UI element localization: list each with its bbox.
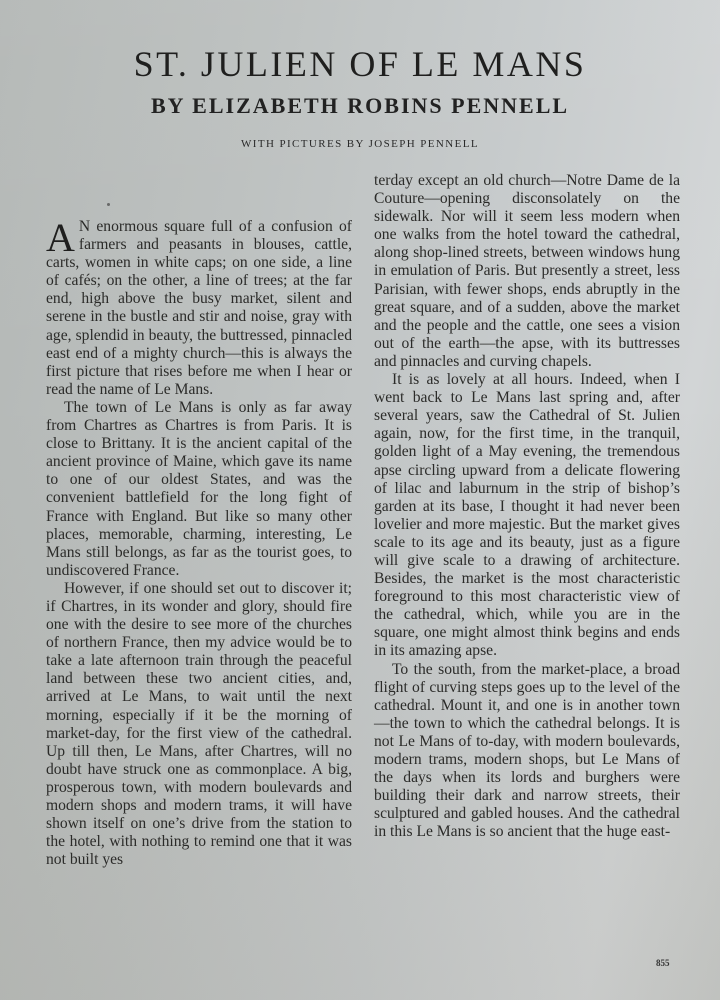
pictures-credit: WITH PICTURES BY JOSEPH PENNELL bbox=[0, 138, 720, 150]
right-column: terday except an old church—Notre Dame d… bbox=[374, 172, 680, 841]
paragraph-text: enormous square full of a confu­sion of … bbox=[46, 218, 352, 398]
paragraph: It is as lovely at all hours. Indeed, wh… bbox=[374, 371, 680, 661]
lead-caps: N bbox=[79, 218, 90, 235]
opening-paragraph: AN enormous square full of a confu­sion … bbox=[46, 218, 352, 399]
article-byline: BY ELIZABETH ROBINS PENNELL bbox=[0, 93, 720, 119]
paragraph: However, if one should set out to dis­co… bbox=[46, 580, 352, 870]
page-number: 855 bbox=[656, 958, 670, 968]
article-title: ST. JULIEN OF LE MANS bbox=[0, 44, 720, 84]
drop-cap: A bbox=[46, 222, 75, 254]
paragraph: The town of Le Mans is only as far away … bbox=[46, 399, 352, 580]
continued-paragraph: terday except an old church—Notre Dame d… bbox=[374, 172, 680, 371]
left-column: AN enormous square full of a confu­sion … bbox=[46, 218, 352, 869]
ink-speck bbox=[107, 203, 110, 206]
paragraph: To the south, from the market-place, a b… bbox=[374, 661, 680, 842]
